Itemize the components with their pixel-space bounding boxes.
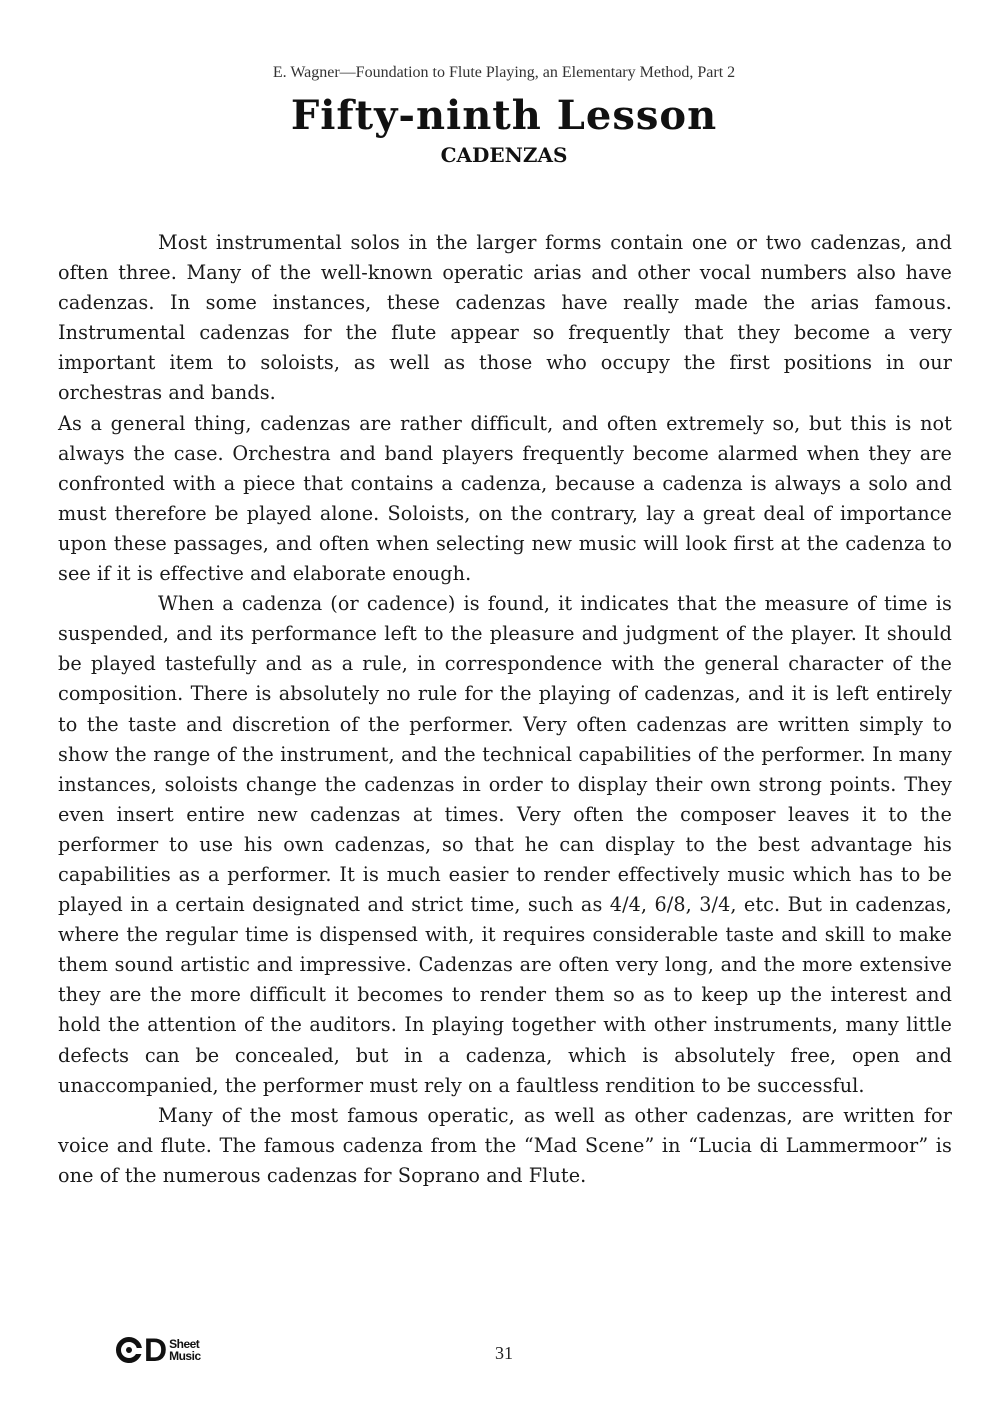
lesson-body: Most instrumental solos in the larger fo… xyxy=(58,228,952,1191)
page-number: 31 xyxy=(0,1343,1008,1364)
paragraph-2: As a general thing, cadenzas are rather … xyxy=(58,409,952,590)
running-head: E. Wagner—Foundation to Flute Playing, a… xyxy=(0,64,1008,82)
lesson-title: Fifty-ninth Lesson xyxy=(0,92,1008,139)
lesson-subtitle: CADENZAS xyxy=(0,143,1008,167)
paragraph-3: When a cadenza (or cadence) is found, it… xyxy=(58,589,952,1101)
paragraph-4: Many of the most famous operatic, as wel… xyxy=(58,1101,952,1191)
paragraph-1: Most instrumental solos in the larger fo… xyxy=(58,228,952,409)
